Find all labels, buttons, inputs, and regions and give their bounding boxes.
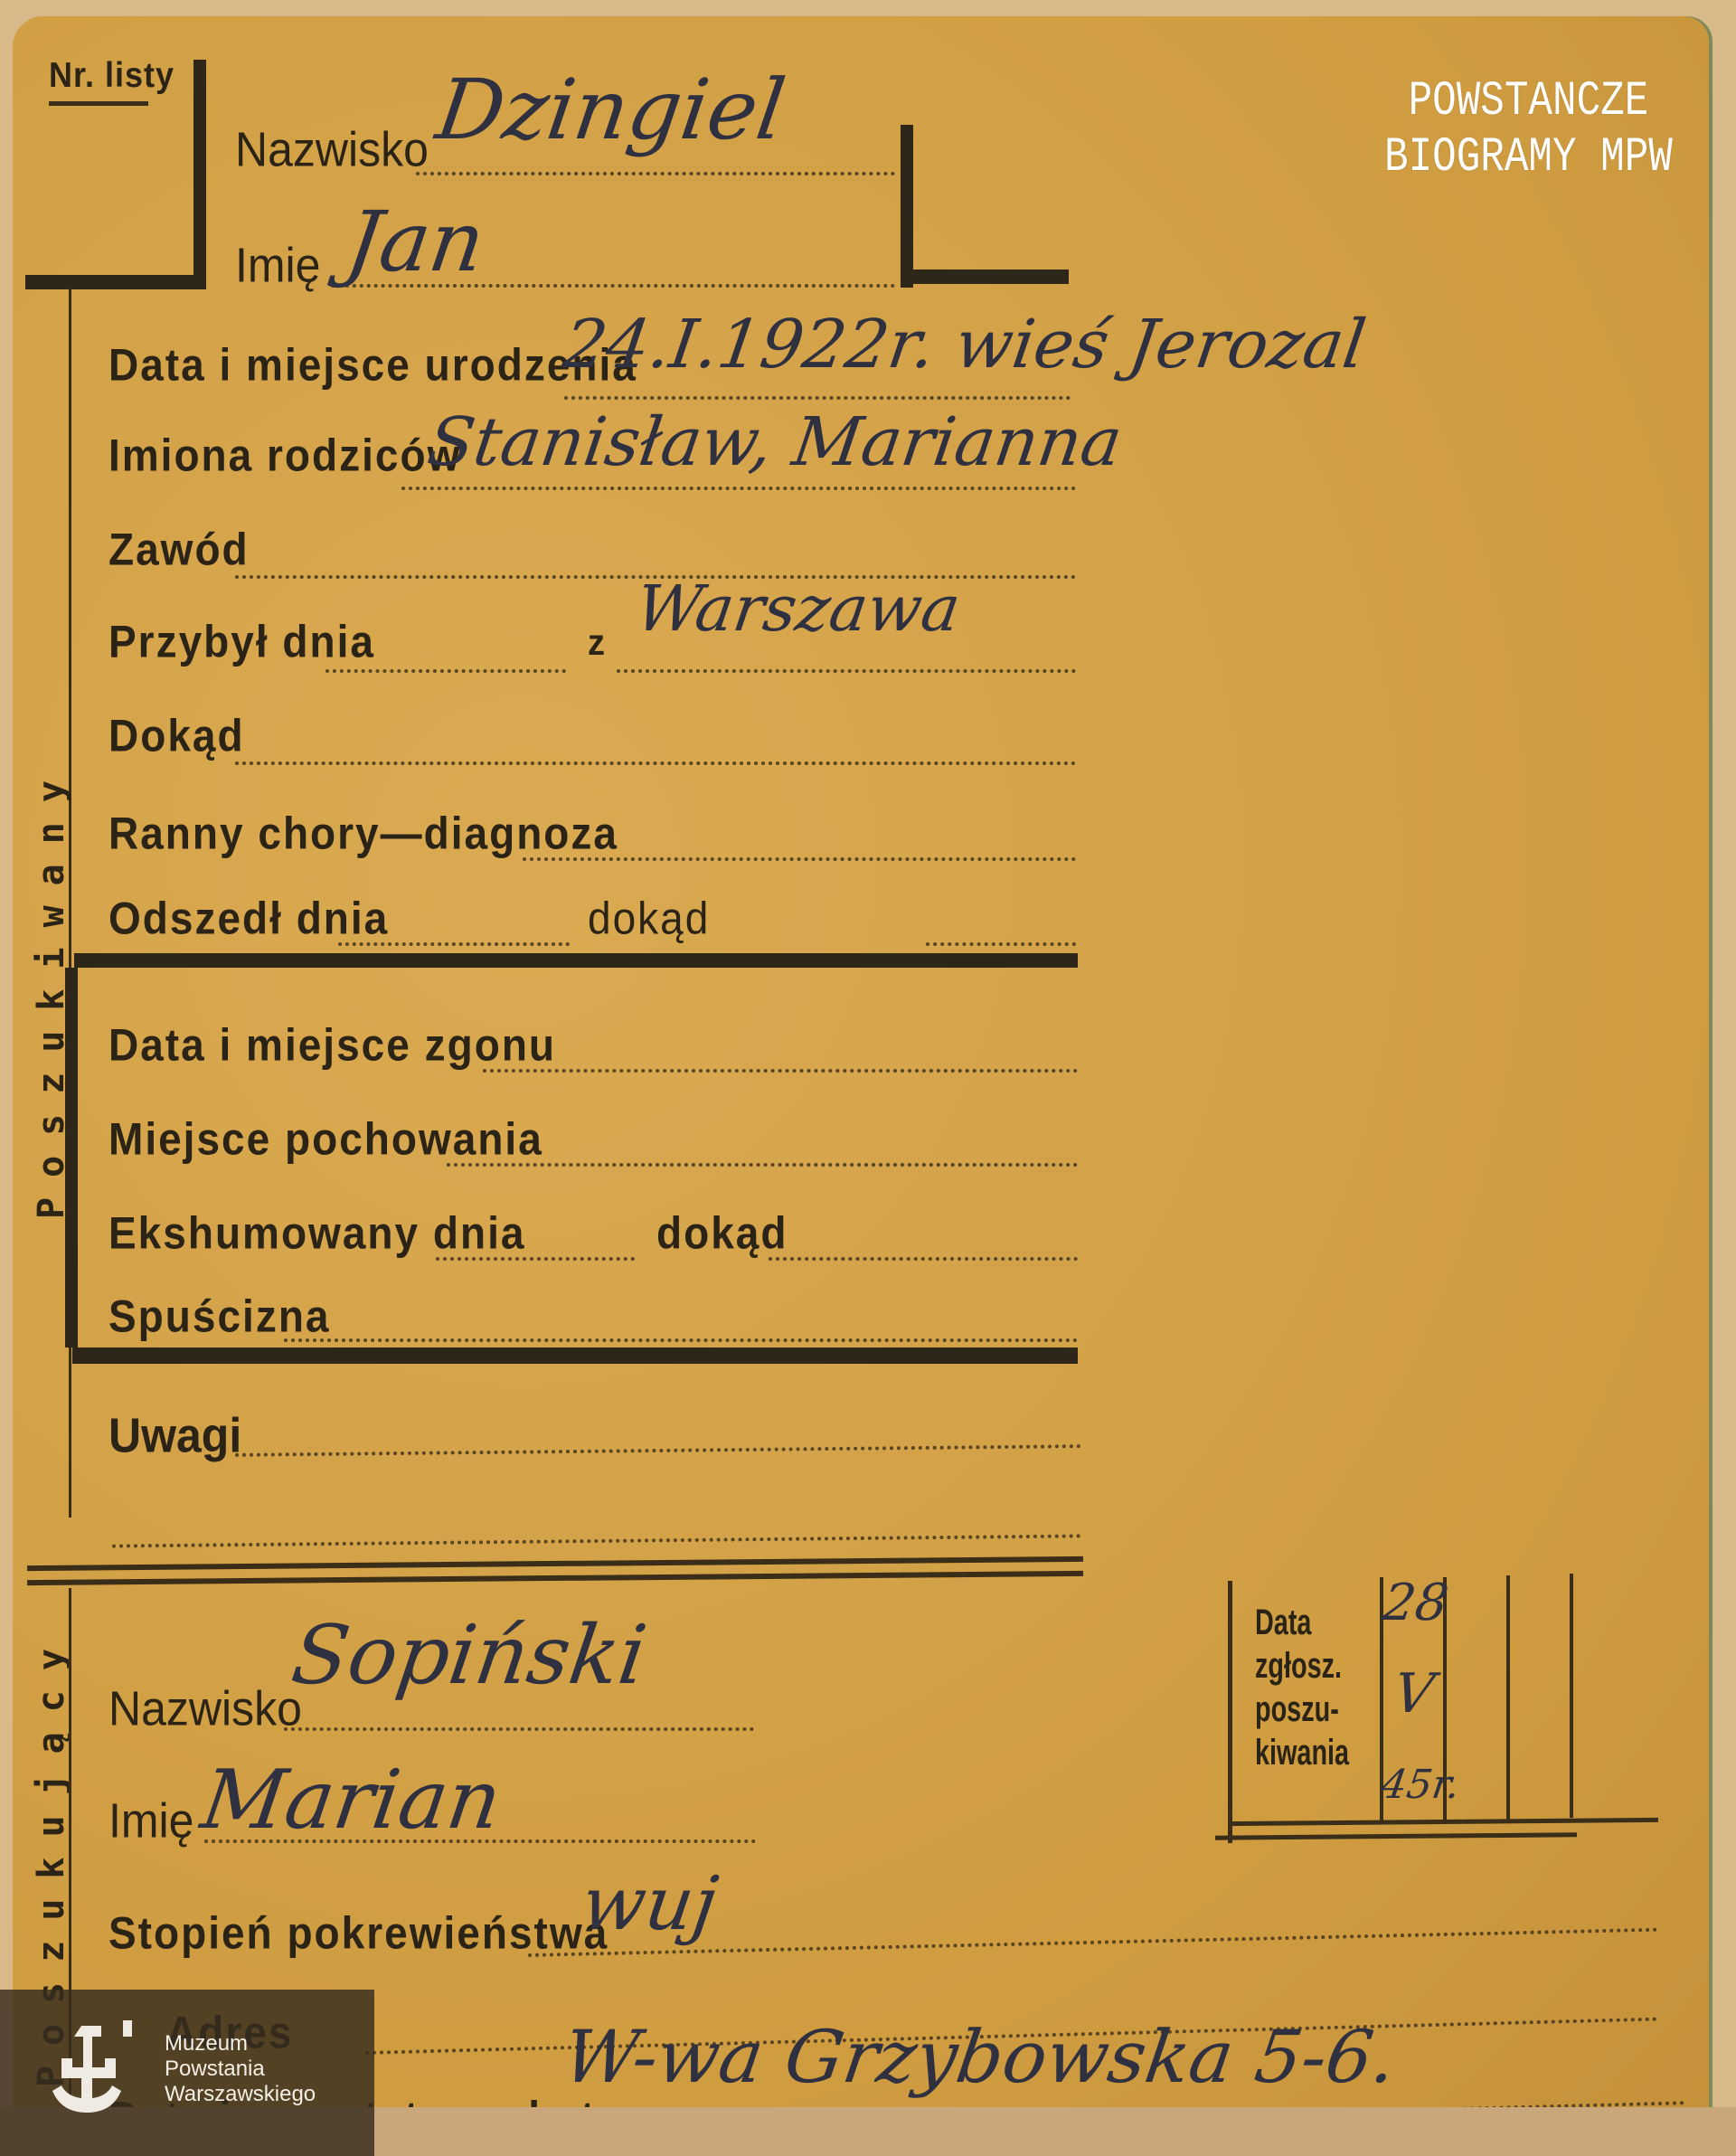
occupation-label: Zawód (108, 523, 250, 575)
parents-value[interactable]: Stanisław, Marianna (423, 403, 1127, 481)
notes-line-2 (112, 1534, 1081, 1547)
surname-value[interactable]: Dzingiel (430, 61, 790, 158)
date-box-underline (1215, 1832, 1577, 1839)
from-line (617, 669, 1076, 673)
burial-label: Miejsce pochowania (108, 1112, 543, 1165)
notes-label: Uwagi (108, 1407, 241, 1464)
double-rule-bottom (27, 1571, 1083, 1585)
parents-line (401, 487, 1076, 490)
searcher-first-name-value[interactable]: Marian (196, 1753, 507, 1848)
from-value[interactable]: Warszawa (631, 572, 965, 646)
searcher-surname-value[interactable]: Sopiński (287, 1608, 652, 1703)
watermark: POWSTANCZE BIOGRAMY MPW (1384, 74, 1673, 186)
corner-bracket-right-vertical (901, 125, 913, 288)
request-year[interactable]: 45r. (1378, 1762, 1462, 1808)
arrived-label: Przybył dnia (108, 615, 375, 667)
date-box-divider-3 (1506, 1575, 1510, 1820)
from-label: z (588, 622, 607, 664)
death-label: Data i miejsce zgonu (108, 1018, 556, 1071)
exhumed-where-label: dokąd (656, 1206, 788, 1259)
where-line (235, 761, 1076, 765)
first-name-label: Imię (235, 237, 320, 294)
death-line (483, 1069, 1078, 1073)
surname-label: Nazwisko (235, 121, 429, 178)
estate-line (284, 1338, 1078, 1342)
list-number-label: Nr. listy (49, 54, 175, 95)
museum-logo: Muzeum Powstania Warszawskiego (0, 1990, 374, 2156)
notes-line-1 (235, 1444, 1081, 1457)
wounded-label: Ranny chory—diagnoza (108, 807, 618, 859)
birth-value[interactable]: 24.I.1922r. wieś Jerozal (559, 306, 1371, 383)
estate-label: Spuścizna (108, 1290, 331, 1342)
list-number-underline (49, 101, 148, 106)
corner-bracket-right-horizontal (901, 269, 1069, 284)
searcher-surname-line (284, 1727, 754, 1731)
address-value[interactable]: W-wa Grzybowska 5-6. (558, 2015, 1401, 2099)
exhumed-label: Ekshumowany dnia (108, 1206, 525, 1259)
request-month[interactable]: V (1390, 1662, 1438, 1726)
date-box-divider-4 (1570, 1574, 1573, 1818)
kotwica-anchor-icon (45, 2017, 145, 2134)
corner-bracket-horizontal (25, 275, 206, 289)
corner-bracket-vertical (193, 60, 206, 286)
left-label: Odszedł dnia (108, 892, 389, 944)
date-box-left (1228, 1581, 1232, 1843)
exhumed-line (436, 1257, 635, 1261)
parents-label: Imiona rodziców (108, 429, 461, 481)
section-separator-2 (72, 1347, 1078, 1364)
request-day[interactable]: 28 (1379, 1574, 1451, 1632)
death-section-bar (65, 968, 78, 1347)
date-box-bottom (1228, 1818, 1658, 1826)
search-card: Nr. listy Poszukiwany Poszukujący Nazwis… (13, 16, 1712, 2132)
section-separator-1 (74, 953, 1078, 968)
museum-name: Muzeum Powstania Warszawskiego (165, 2031, 316, 2107)
double-rule-top (27, 1556, 1083, 1571)
burial-line (447, 1163, 1078, 1167)
first-name-value[interactable]: Jan (340, 194, 490, 290)
birth-line (564, 396, 1071, 400)
arrived-line (325, 669, 566, 673)
exhumed-where-line (769, 1257, 1078, 1261)
date-box-label: Data zgłosz. poszu- kiwania (1255, 1601, 1349, 1774)
left-where-label: dokąd (588, 892, 710, 944)
wounded-line (523, 857, 1076, 861)
left-where-line (926, 942, 1076, 946)
relation-label: Stopień pokrewieństwa (108, 1906, 609, 1959)
searcher-surname-label: Nazwisko (108, 1680, 302, 1737)
surname-line (416, 172, 895, 175)
where-label: Dokąd (108, 709, 245, 761)
left-line (338, 942, 570, 946)
relation-value[interactable]: wuj (576, 1861, 722, 1947)
searcher-first-name-label: Imię (108, 1792, 193, 1849)
